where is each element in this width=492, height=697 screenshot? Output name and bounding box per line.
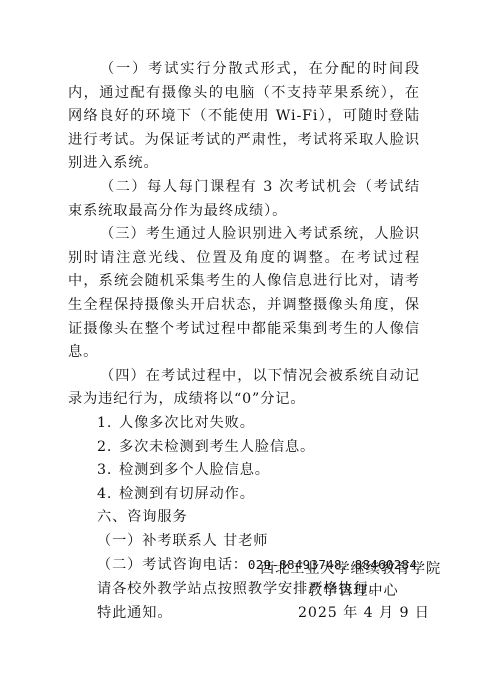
contact-person: （一）补考联系人 甘老师 [68, 530, 420, 554]
signature-date: 2025 年 4 月 9 日 [298, 602, 430, 624]
signature-department: 教学管理中心 [308, 580, 399, 602]
violation-item-2: 2.多次未检测到考生人脸信息。 [68, 436, 420, 460]
list-text: 多次未检测到考生人脸信息。 [119, 439, 315, 455]
document-body: （一）考试实行分散式形式，在分配的时间段内，通过配有摄像头的电脑（不支持苹果系统… [68, 58, 420, 625]
list-text: 检测到多个人脸信息。 [119, 462, 270, 478]
exam-rule-3: （三）考生通过人脸识别进入考试系统，人脸识别时请注意光线、位置及角度的调整。在考… [68, 223, 420, 365]
exam-rule-2: （二）每人每门课程有 3 次考试机会（考试结束系统取最高分作为最终成绩）。 [68, 176, 420, 223]
exam-rule-4: （四）在考试过程中，以下情况会被系统自动记录为违纪行为，成绩将以“0”分记。 [68, 365, 420, 412]
consult-heading: 六、咨询服务 [68, 506, 420, 530]
violation-item-4: 4.检测到有切屏动作。 [68, 483, 420, 507]
list-text: 检测到有切屏动作。 [119, 486, 255, 502]
violations-list: 1.人像多次比对失败。 2.多次未检测到考生人脸信息。 3.检测到多个人脸信息。… [68, 412, 420, 506]
phone-label: （二）考试咨询电话： [97, 557, 248, 573]
list-text: 人像多次比对失败。 [119, 415, 255, 431]
list-number: 3. [97, 459, 119, 483]
list-number: 1. [97, 412, 119, 436]
violation-item-1: 1.人像多次比对失败。 [68, 412, 420, 436]
violation-item-3: 3.检测到多个人脸信息。 [68, 459, 420, 483]
exam-rule-1: （一）考试实行分散式形式，在分配的时间段内，通过配有摄像头的电脑（不支持苹果系统… [68, 58, 420, 176]
list-number: 2. [97, 436, 119, 460]
list-number: 4. [97, 483, 119, 507]
signature-organization: 西北工业大学继续教育学院 [260, 558, 441, 580]
